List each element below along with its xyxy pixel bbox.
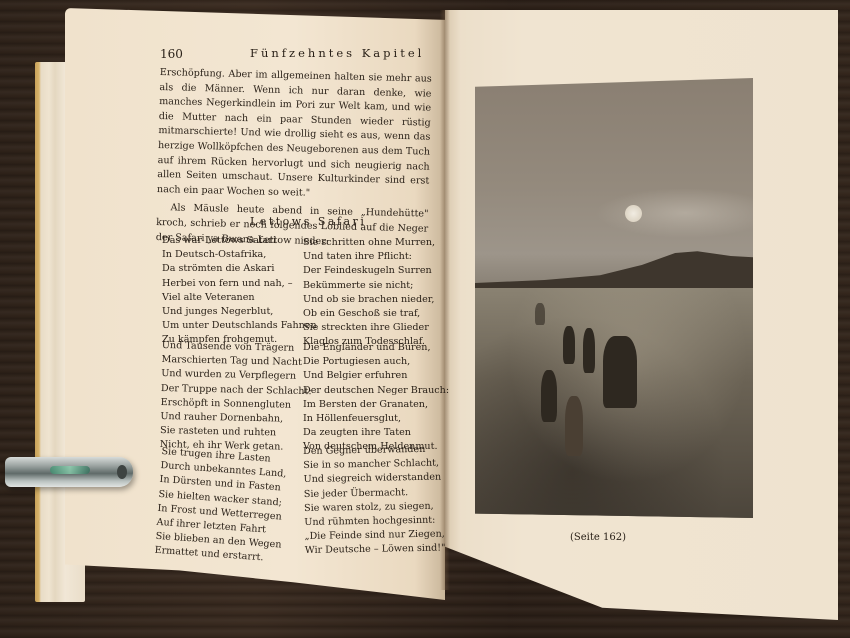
plate-caption: (Seite 162) bbox=[570, 532, 626, 543]
poem-stanza: Sie trugen ihre Lasten Durch unbekanntes… bbox=[154, 445, 288, 567]
poem-title: Lettows Safari bbox=[250, 215, 366, 228]
poem-line: Im Bersten der Granaten, bbox=[303, 398, 449, 412]
poem-stanza: Den Gegner überwanden Sie in so mancher … bbox=[303, 443, 446, 559]
poem-stanza: Die Engländer und Buren, Die Portugiesen… bbox=[303, 341, 449, 455]
poem-line: Und Belgier erfuhren bbox=[303, 369, 449, 383]
askari-figure bbox=[565, 396, 583, 456]
poem-line: Und siegreich widerstanden bbox=[303, 471, 444, 488]
moon bbox=[625, 205, 642, 222]
porter-figure bbox=[563, 326, 575, 364]
poem-line: Da zeugten ihre Taten bbox=[303, 426, 449, 440]
poem-line: Sie streckten ihre Glieder bbox=[303, 321, 435, 335]
poem-line: In Höllenfeuersglut, bbox=[303, 412, 449, 426]
abalone-inlay bbox=[50, 466, 90, 474]
poem-line: In Deutsch-Ostafrika, bbox=[162, 248, 317, 262]
poem-line: Die Engländer und Buren, bbox=[303, 341, 449, 355]
poem-line: Die Portugiesen auch, bbox=[303, 355, 449, 369]
porter-figure bbox=[535, 303, 545, 325]
poem-line: Das war Lettows Safari bbox=[162, 234, 317, 248]
poem-line: Und taten ihre Pflicht: bbox=[303, 250, 435, 264]
poem-line: Und ob sie brachen nieder, bbox=[303, 293, 435, 307]
page-number: 160 bbox=[160, 47, 183, 61]
illustration-plate bbox=[475, 78, 753, 518]
porter-figure bbox=[583, 328, 595, 373]
poem-line: Ob ein Geschoß sie traf, bbox=[303, 307, 435, 321]
poem-line: Viel alte Veteranen bbox=[162, 291, 317, 305]
poem-line: Und junges Negerblut, bbox=[162, 305, 317, 319]
poem-line: Bekümmerte sie nicht; bbox=[303, 279, 435, 293]
poem-stanza: Das war Lettows Safari In Deutsch-Ostafr… bbox=[162, 234, 317, 348]
poem-line: Der Feindeskugeln Surren bbox=[303, 264, 435, 278]
rider-on-horse bbox=[603, 336, 637, 408]
cloud bbox=[595, 188, 753, 238]
poem-line: Herbei von fern und nah, – bbox=[162, 277, 317, 291]
poem-line: Um unter Deutschlands Fahnen bbox=[162, 319, 317, 333]
poem-stanza: Sie schritten ohne Murren, Und taten ihr… bbox=[303, 236, 435, 350]
running-head: Fünfzehntes Kapitel bbox=[250, 46, 424, 60]
poem-line: Der deutschen Neger Brauch: bbox=[303, 384, 449, 398]
poem-stanza: Und Tausende von Trägern Marschierten Ta… bbox=[160, 339, 313, 456]
poem-line: Sie schritten ohne Murren, bbox=[303, 236, 435, 250]
poem-line: Da strömten die Askari bbox=[162, 262, 317, 276]
prose-paragraph: Erschöpfung. Aber im allgemeinen halten … bbox=[157, 66, 432, 204]
poem-line: Wir Deutsche – Löwen sind!" bbox=[305, 542, 446, 559]
porter-figure bbox=[541, 370, 557, 422]
pen-object bbox=[5, 457, 133, 487]
